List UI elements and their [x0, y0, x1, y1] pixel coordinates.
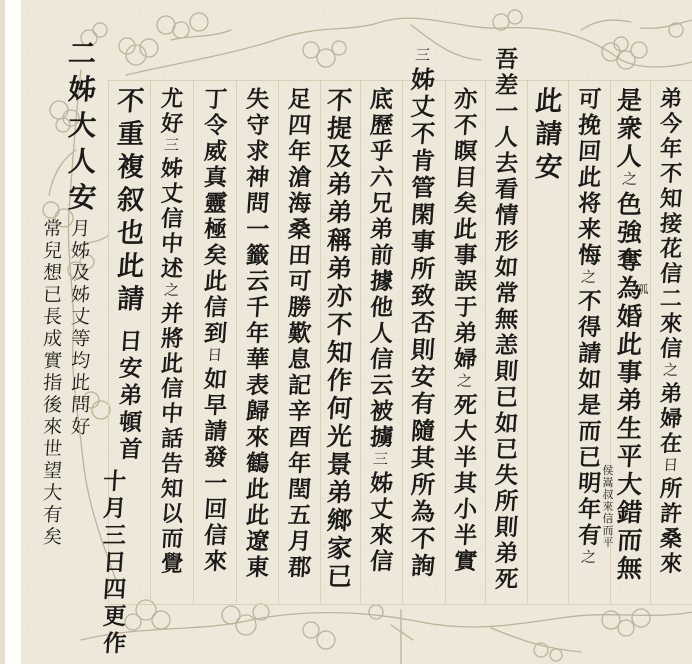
- calligraphy-character: 守: [245, 114, 270, 140]
- calligraphy-character: 此: [160, 353, 184, 378]
- calligraphy-character: 早: [203, 394, 228, 420]
- calligraphy-character: 酉: [287, 426, 312, 452]
- calligraphy-character: 據: [369, 270, 394, 296]
- calligraphy-character: 將: [160, 328, 184, 353]
- calligraphy-character: 海: [287, 192, 312, 218]
- calligraphy-character: 家: [327, 536, 354, 564]
- calligraphy-character: 半: [453, 446, 478, 472]
- calligraphy-character: 回: [577, 140, 602, 166]
- calligraphy-character: 有: [43, 506, 64, 528]
- calligraphy-character: 叙: [115, 187, 144, 220]
- calligraphy-character: 可: [287, 270, 312, 296]
- calligraphy-character: 不: [115, 88, 144, 121]
- calligraphy-character: 恙: [494, 334, 519, 360]
- calligraphy-character: 将: [577, 192, 602, 218]
- calligraphy-character: 已: [577, 446, 602, 472]
- calligraphy-character: 去: [494, 152, 519, 178]
- calligraphy-character: 也: [115, 220, 144, 253]
- calligraphy-character: 來: [369, 524, 394, 550]
- interlinear-annotation: 侯嵩叔來信而平: [602, 465, 614, 549]
- calligraphy-character: 否: [410, 311, 436, 338]
- calligraphy-character: 足: [287, 88, 312, 114]
- calligraphy-character: 一: [203, 472, 228, 498]
- calligraphy-character: 底: [369, 88, 394, 114]
- calligraphy-character: 桑: [287, 218, 312, 244]
- calligraphy-character: 信: [160, 208, 184, 233]
- calligraphy-character: 之: [581, 550, 597, 570]
- calligraphy-character: 為: [410, 500, 436, 527]
- calligraphy-character: 靈: [203, 192, 228, 218]
- calligraphy-character: 此: [115, 253, 144, 286]
- letter-column-11: 失守求神問一籤云千年華表歸來鶴此此遼東: [237, 88, 277, 582]
- calligraphy-character: 望: [43, 462, 64, 484]
- calligraphy-character: 信: [160, 378, 184, 403]
- calligraphy-character: 四: [102, 578, 127, 605]
- calligraphy-character: 死: [494, 568, 519, 594]
- closing-signoff: 日安弟頓首: [112, 330, 148, 465]
- calligraphy-character: 大: [67, 112, 98, 148]
- calligraphy-character: 已: [494, 438, 519, 464]
- calligraphy-character: 他: [369, 296, 394, 322]
- calligraphy-character: 弟: [327, 172, 354, 200]
- calligraphy-character: 月: [287, 530, 312, 556]
- calligraphy-character: 請: [115, 286, 144, 319]
- calligraphy-character: 辛: [287, 400, 312, 426]
- letter-column-12: 丁令威真靈極矣此信到日如早請發一回信來: [195, 88, 235, 576]
- calligraphy-character: 二: [659, 288, 683, 313]
- calligraphy-character: 作: [327, 368, 354, 396]
- calligraphy-character: 長: [43, 308, 64, 330]
- calligraphy-character: 乎: [369, 140, 394, 166]
- calligraphy-character: 衆: [617, 116, 644, 144]
- calligraphy-character: 表: [245, 374, 270, 400]
- calligraphy-character: 弟: [494, 542, 519, 568]
- calligraphy-character: 及: [327, 144, 354, 172]
- calligraphy-character: 弟: [659, 383, 683, 408]
- calligraphy-character: 不: [659, 163, 683, 188]
- calligraphy-character: 如: [577, 368, 602, 394]
- calligraphy-character: 景: [327, 452, 354, 480]
- calligraphy-character: 弟: [453, 322, 478, 348]
- calligraphy-character: 不: [453, 114, 478, 140]
- calligraphy-character: 世: [43, 440, 64, 462]
- calligraphy-character: 求: [245, 140, 270, 166]
- calligraphy-character: 閏: [287, 478, 312, 504]
- calligraphy-character: 丈: [369, 498, 394, 524]
- calligraphy-character: 接: [659, 213, 683, 238]
- calligraphy-character: 而: [160, 528, 184, 553]
- calligraphy-character: 有: [410, 392, 436, 419]
- calligraphy-character: 如: [494, 256, 519, 282]
- calligraphy-character: 請: [577, 342, 602, 368]
- calligraphy-character: 致: [410, 284, 436, 311]
- calligraphy-character: 錯: [617, 500, 644, 528]
- calligraphy-character: 五: [287, 504, 312, 530]
- calligraphy-character: 瞑: [453, 140, 478, 166]
- postscript-line-2: 常兒想已長成實指後來世望大有矣: [36, 220, 70, 550]
- calligraphy-character: 云: [245, 270, 270, 296]
- calligraphy-character: 實: [43, 352, 64, 374]
- interlinear-correction: 孤: [637, 284, 649, 296]
- column-rule: [193, 80, 194, 603]
- calligraphy-character: 三: [373, 452, 389, 472]
- calligraphy-character: 兒: [43, 242, 64, 264]
- calligraphy-character: 亦: [327, 284, 354, 312]
- calligraphy-character: 是: [617, 88, 644, 116]
- calligraphy-character: 真: [203, 166, 228, 192]
- calligraphy-character: 平: [617, 444, 644, 472]
- calligraphy-character: 三: [102, 524, 127, 551]
- calligraphy-character: 已: [43, 286, 64, 308]
- calligraphy-character: 弟: [659, 88, 683, 113]
- calligraphy-character: 信: [659, 263, 683, 288]
- calligraphy-character: 失: [494, 464, 519, 490]
- calligraphy-character: 隨: [410, 419, 436, 446]
- calligraphy-character: 而: [577, 420, 602, 446]
- calligraphy-character: 亦: [453, 88, 478, 114]
- calligraphy-character: 看: [494, 178, 519, 204]
- calligraphy-character: 所: [494, 490, 519, 516]
- salutation: 二姊大人安: [62, 40, 102, 220]
- letter-column-13: 尤好三姊丈信中述之并將此信中話告知以而覺: [152, 88, 192, 578]
- calligraphy-character: 桑: [659, 528, 683, 553]
- letter-column-10: 足四年滄海桑田可勝歎息記辛酉年閏五月郡: [279, 88, 319, 582]
- letter-column-14: 不重複叙也此請: [110, 88, 150, 319]
- calligraphy-character: 所: [410, 473, 436, 500]
- calligraphy-character: 無: [494, 308, 519, 334]
- calligraphy-character: 後: [43, 396, 64, 418]
- calligraphy-character: 云: [369, 374, 394, 400]
- calligraphy-character: 則: [410, 338, 436, 365]
- calligraphy-character: 到: [203, 322, 228, 348]
- calligraphy-character: 常: [43, 220, 64, 242]
- calligraphy-character: 矣: [43, 528, 64, 550]
- calligraphy-character: 姊: [410, 68, 436, 95]
- calligraphy-character: 誤: [453, 270, 478, 296]
- calligraphy-character: 請: [203, 420, 228, 446]
- calligraphy-character: 姊: [67, 76, 98, 112]
- calligraphy-character: 閑: [410, 203, 436, 230]
- calligraphy-character: 悔: [577, 244, 602, 270]
- letter-column-2: 是衆人之色強奪為婚此事弟生平大錯而無: [610, 88, 650, 584]
- calligraphy-character: 發: [203, 446, 228, 472]
- calligraphy-character: 弟: [327, 200, 354, 228]
- calligraphy-character: 覺: [160, 553, 184, 578]
- calligraphy-character: 令: [203, 114, 228, 140]
- calligraphy-character: 兄: [369, 192, 394, 218]
- calligraphy-character: 事: [617, 360, 644, 388]
- calligraphy-character: 詢: [410, 554, 436, 581]
- calligraphy-character: 問: [71, 396, 92, 418]
- calligraphy-character: 安: [533, 154, 562, 187]
- calligraphy-character: 在: [659, 433, 683, 458]
- calligraphy-character: 作: [102, 632, 127, 659]
- calligraphy-character: 年: [287, 140, 312, 166]
- calligraphy-character: 知: [160, 478, 184, 503]
- calligraphy-character: 何: [327, 396, 354, 424]
- calligraphy-character: 複: [115, 154, 144, 187]
- calligraphy-character: 回: [203, 498, 228, 524]
- calligraphy-character: 問: [245, 192, 270, 218]
- calligraphy-character: 失: [245, 88, 270, 114]
- calligraphy-character: 不: [327, 88, 354, 116]
- calligraphy-character: 生: [617, 416, 644, 444]
- calligraphy-character: 此: [453, 218, 478, 244]
- calligraphy-character: 姊: [71, 242, 92, 264]
- calligraphy-character: 則: [494, 516, 519, 542]
- calligraphy-character: 矣: [203, 244, 228, 270]
- calligraphy-character: 月: [102, 497, 127, 524]
- calligraphy-character: 婦: [453, 348, 478, 374]
- calligraphy-character: 東: [245, 556, 270, 582]
- calligraphy-character: 肯: [410, 149, 436, 176]
- calligraphy-character: 人: [369, 322, 394, 348]
- calligraphy-character: 好: [71, 418, 92, 440]
- calligraphy-character: 所: [410, 257, 436, 284]
- calligraphy-character: 被: [369, 400, 394, 426]
- calligraphy-character: 是: [577, 394, 602, 420]
- calligraphy-character: 奪: [617, 248, 644, 276]
- calligraphy-character: 丈: [71, 308, 92, 330]
- calligraphy-character: 差: [494, 74, 519, 100]
- letter-column-9: 不提及弟弟稱弟亦不知作何光景弟鄉家已: [320, 88, 360, 592]
- calligraphy-character: 丈: [160, 183, 184, 208]
- calligraphy-character: 此: [71, 374, 92, 396]
- calligraphy-character: 有: [577, 524, 602, 550]
- calligraphy-character: 于: [453, 296, 478, 322]
- calligraphy-character: 日: [118, 330, 143, 357]
- calligraphy-character: 弟: [617, 388, 644, 416]
- calligraphy-character: 歎: [287, 322, 312, 348]
- calligraphy-character: 死: [453, 394, 478, 420]
- calligraphy-character: 強: [617, 220, 644, 248]
- calligraphy-character: 小: [453, 498, 478, 524]
- calligraphy-character: 其: [453, 472, 478, 498]
- calligraphy-character: 日: [102, 551, 127, 578]
- calligraphy-character: 大: [43, 484, 64, 506]
- calligraphy-character: 十: [102, 470, 127, 497]
- calligraphy-character: 丈: [410, 95, 436, 122]
- calligraphy-character: 不: [577, 290, 602, 316]
- calligraphy-character: 勝: [287, 296, 312, 322]
- calligraphy-character: 極: [203, 218, 228, 244]
- calligraphy-character: 尤: [160, 88, 184, 113]
- calligraphy-character: 一: [494, 100, 519, 126]
- calligraphy-character: 想: [43, 264, 64, 286]
- calligraphy-character: 色: [617, 192, 644, 220]
- calligraphy-character: 首: [118, 438, 143, 465]
- calligraphy-character: 并: [160, 303, 184, 328]
- calligraphy-character: 信: [369, 348, 394, 374]
- calligraphy-character: 歸: [245, 400, 270, 426]
- calligraphy-character: 得: [577, 316, 602, 342]
- calligraphy-character: 情: [494, 204, 519, 230]
- calligraphy-character: 來: [245, 426, 270, 452]
- calligraphy-character: 不: [327, 312, 354, 340]
- calligraphy-character: 安: [118, 357, 143, 384]
- calligraphy-character: 日: [207, 348, 223, 368]
- calligraphy-character: 擄: [369, 426, 394, 452]
- calligraphy-character: 可: [577, 88, 602, 114]
- calligraphy-character: 光: [327, 424, 354, 452]
- calligraphy-character: 之: [457, 374, 473, 394]
- calligraphy-character: 知: [327, 340, 354, 368]
- calligraphy-character: 婚: [617, 304, 644, 332]
- column-rule: [150, 80, 151, 603]
- calligraphy-character: 千: [245, 296, 270, 322]
- calligraphy-character: 中: [160, 403, 184, 428]
- calligraphy-character: 四: [287, 114, 312, 140]
- calligraphy-character: 安: [410, 365, 436, 392]
- calligraphy-character: 頓: [118, 411, 143, 438]
- calligraphy-character: 之: [164, 283, 180, 303]
- calligraphy-character: 均: [71, 352, 92, 374]
- calligraphy-character: 矣: [453, 192, 478, 218]
- calligraphy-character: 重: [115, 121, 144, 154]
- calligraphy-character: 半: [453, 524, 478, 550]
- calligraphy-character: 中: [160, 233, 184, 258]
- calligraphy-character: 等: [71, 330, 92, 352]
- calligraphy-character: 所: [659, 478, 683, 503]
- calligraphy-character: 今: [659, 113, 683, 138]
- calligraphy-character: 郡: [287, 556, 312, 582]
- calligraphy-character: 其: [410, 446, 436, 473]
- calligraphy-character: 來: [203, 550, 228, 576]
- calligraphy-character: 不: [410, 527, 436, 554]
- calligraphy-character: 此: [203, 270, 228, 296]
- calligraphy-character: 信: [203, 524, 228, 550]
- letter-date: 十月三日四更作: [96, 470, 132, 659]
- page-gutter: [5, 0, 21, 664]
- calligraphy-character: 姊: [369, 472, 394, 498]
- calligraphy-character: 籤: [245, 244, 270, 270]
- calligraphy-character: 請: [533, 121, 562, 154]
- calligraphy-character: 好: [160, 113, 184, 138]
- calligraphy-character: 大: [617, 472, 644, 500]
- calligraphy-character: 人: [617, 144, 644, 172]
- calligraphy-character: 而: [617, 528, 644, 556]
- calligraphy-character: 此: [245, 504, 270, 530]
- calligraphy-character: 更: [102, 605, 127, 632]
- calligraphy-character: 遼: [245, 530, 270, 556]
- calligraphy-character: 六: [369, 166, 394, 192]
- calligraphy-character: 華: [245, 348, 270, 374]
- calligraphy-character: 指: [43, 374, 64, 396]
- calligraphy-character: 年: [287, 452, 312, 478]
- calligraphy-character: 吾: [494, 48, 519, 74]
- calligraphy-character: 已: [494, 386, 519, 412]
- letter-column-8: 底歷乎六兄弟前據他人信云被擄三姊丈來信: [361, 88, 401, 576]
- calligraphy-character: 已: [327, 564, 354, 592]
- calligraphy-character: 花: [659, 238, 683, 263]
- calligraphy-character: 威: [203, 140, 228, 166]
- calligraphy-character: 姊: [160, 158, 184, 183]
- calligraphy-character: 日: [663, 458, 679, 478]
- calligraphy-character: 大: [453, 420, 478, 446]
- calligraphy-character: 無: [617, 556, 644, 584]
- calligraphy-character: 人: [494, 126, 519, 152]
- calligraphy-character: 年: [245, 322, 270, 348]
- calligraphy-character: 人: [67, 148, 98, 184]
- calligraphy-character: 田: [287, 244, 312, 270]
- calligraphy-character: 之: [622, 172, 638, 192]
- calligraphy-character: 來: [659, 553, 683, 578]
- calligraphy-character: 信: [369, 550, 394, 576]
- calligraphy-character: 此: [577, 166, 602, 192]
- calligraphy-character: 常: [494, 282, 519, 308]
- calligraphy-character: 以: [160, 503, 184, 528]
- calligraphy-character: 一: [245, 218, 270, 244]
- calligraphy-character: 事: [453, 244, 478, 270]
- calligraphy-character: 弟: [369, 218, 394, 244]
- calligraphy-character: 來: [43, 418, 64, 440]
- calligraphy-character: 告: [160, 453, 184, 478]
- calligraphy-character: 弟: [327, 480, 354, 508]
- calligraphy-character: 月: [71, 220, 92, 242]
- calligraphy-character: 之: [663, 363, 679, 383]
- calligraphy-character: 不: [410, 122, 436, 149]
- calligraphy-character: 記: [287, 374, 312, 400]
- calligraphy-character: 來: [659, 313, 683, 338]
- calligraphy-character: 信: [203, 296, 228, 322]
- calligraphy-character: 鶴: [245, 452, 270, 478]
- calligraphy-character: 信: [659, 338, 683, 363]
- calligraphy-character: 来: [577, 218, 602, 244]
- letter-column-4: 此請安: [528, 88, 568, 187]
- calligraphy-character: 弟: [327, 256, 354, 284]
- calligraphy-character: 丁: [203, 88, 228, 114]
- calligraphy-character: 息: [287, 348, 312, 374]
- calligraphy-character: 年: [577, 498, 602, 524]
- calligraphy-character: 此: [245, 478, 270, 504]
- calligraphy-character: 稱: [327, 228, 354, 256]
- calligraphy-character: 許: [659, 503, 683, 528]
- letter-column-7: 三姊丈不肯管閑事所致否則安有隨其所為不詢: [403, 48, 443, 581]
- calligraphy-character: 姊: [71, 286, 92, 308]
- calligraphy-character: 知: [659, 188, 683, 213]
- calligraphy-character: 歷: [369, 114, 394, 140]
- letter-column-5: 吾差一人去看情形如常無恙則已如已失所則弟死: [486, 48, 526, 594]
- calligraphy-character: 前: [369, 244, 394, 270]
- calligraphy-character: 婦: [659, 408, 683, 433]
- calligraphy-character: 安: [67, 184, 98, 220]
- letter-column-6: 亦不瞑目矣此事誤于弟婦之死大半其小半實: [445, 88, 485, 576]
- calligraphy-character: 鄉: [327, 508, 354, 536]
- calligraphy-character: 如: [203, 368, 228, 394]
- calligraphy-character: 弟: [118, 384, 143, 411]
- calligraphy-character: 提: [327, 116, 354, 144]
- calligraphy-character: 神: [245, 166, 270, 192]
- calligraphy-character: 事: [410, 230, 436, 257]
- calligraphy-character: 此: [533, 88, 562, 121]
- calligraphy-character: 三: [164, 138, 180, 158]
- calligraphy-character: 目: [453, 166, 478, 192]
- calligraphy-character: 及: [71, 264, 92, 286]
- calligraphy-character: 話: [160, 428, 184, 453]
- letter-column-1: 弟今年不知接花信二來信之弟婦在日所許桑來: [651, 88, 691, 578]
- calligraphy-character: 明: [577, 472, 602, 498]
- calligraphy-character: 年: [659, 138, 683, 163]
- calligraphy-character: 成: [43, 330, 64, 352]
- calligraphy-character: 挽: [577, 114, 602, 140]
- calligraphy-character: 管: [410, 176, 436, 203]
- calligraphy-character: 滄: [287, 166, 312, 192]
- calligraphy-character: 述: [160, 258, 184, 283]
- calligraphy-character: 如: [494, 412, 519, 438]
- calligraphy-character: 之: [581, 270, 597, 290]
- calligraphy-character: 則: [494, 360, 519, 386]
- calligraphy-character: 此: [617, 332, 644, 360]
